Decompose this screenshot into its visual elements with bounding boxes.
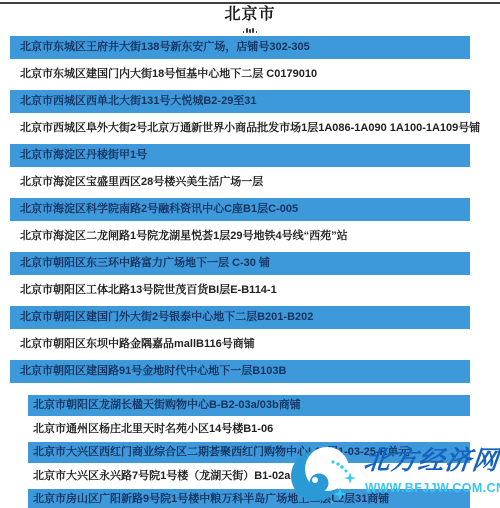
page-title: 北京市 <box>0 5 500 25</box>
address-row: 北京市西城区西单北大街131号大悦城B2-29至31 <box>10 90 470 113</box>
address-row: 北京市海淀区二龙闸路1号院龙湖星悦荟1层29号地铁4号线“西苑”站 <box>10 225 470 248</box>
address-row: 北京市通州区杨庄北里天时名苑小区14号楼B1-06 <box>28 419 470 440</box>
address-row: 北京市海淀区宝盛里西区28号楼兴美生活广场一层 <box>10 171 470 194</box>
address-row: 北京市朝阳区东三环中路富力广场地下一层 C-30 铺 <box>10 252 470 275</box>
equalizer-icon <box>0 26 500 33</box>
address-row: 北京市房山区广阳新路9号院1号楼中粮万科半岛广场地上二层L2层31商铺 <box>28 489 470 508</box>
address-row: 北京市朝阳区工体北路13号院世茂百货BI层E-B114-1 <box>10 279 470 302</box>
address-list-group-1: 北京市东城区王府井大街138号新东安广场，店铺号302-305北京市东城区建国门… <box>10 36 470 383</box>
address-row: 北京市朝阳区东坝中路金隅嘉品mallB116号商铺 <box>10 333 470 356</box>
address-row: 北京市东城区建国门内大街18号恒基中心地下二层 C0179010 <box>10 63 470 86</box>
address-row: 北京市大兴区西红门商业综合区二期荟聚西红门购物中心L13层1-03-25-R单元 <box>28 442 470 463</box>
top-divider <box>0 2 500 4</box>
address-row: 北京市东城区王府井大街138号新东安广场，店铺号302-305 <box>10 36 470 59</box>
address-row: 北京市海淀区科学院南路2号融科资讯中心C座B1层C-005 <box>10 198 470 221</box>
address-list-group-2: 北京市朝阳区龙湖长楹天街购物中心B-B2-03a/03b商铺北京市通州区杨庄北里… <box>28 395 470 508</box>
page-header: 北京市 <box>0 0 500 33</box>
address-row: 北京市海淀区丹棱街甲1号 <box>10 144 470 167</box>
address-row: 北京市朝阳区建国门外大街2号银泰中心地下二层B201-B202 <box>10 306 470 329</box>
address-row: 北京市朝阳区龙湖长楹天街购物中心B-B2-03a/03b商铺 <box>28 395 470 416</box>
address-row: 北京市朝阳区建国路91号金地时代中心地下一层B103B <box>10 360 470 383</box>
address-row: 北京市大兴区永兴路7号院1号楼（龙湖天街）B1-02a <box>28 466 470 487</box>
address-row: 北京市西城区阜外大街2号北京万通新世界小商品批发市场1层1A086-1A090 … <box>10 117 470 140</box>
